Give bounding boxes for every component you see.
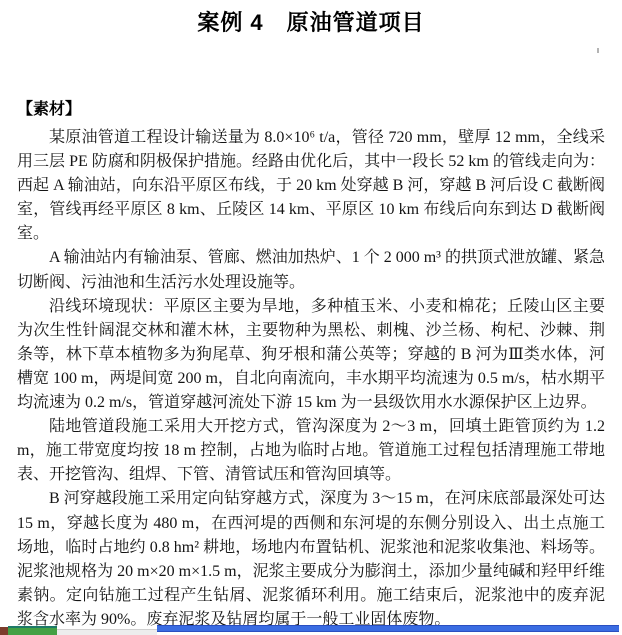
scan-artifact-mark	[597, 48, 599, 53]
document-body: 某原油管道工程设计输送量为 8.0×10⁶ t/a，管径 720 mm，壁厚 1…	[17, 126, 605, 632]
document-page: { "document": { "title": "案例 4 原油管道项目", …	[0, 0, 622, 635]
bottom-edge-green-segment	[8, 626, 57, 635]
bottom-edge-blue-bar	[157, 625, 619, 632]
paragraph-land-construction: 陆地管道段施工采用大开挖方式，管沟深度为 2～3 m，回填土距管顶约为 1.2 …	[17, 415, 605, 487]
window-bottom-edge	[0, 626, 622, 635]
paragraph-station-facilities: A 输油站内有输油泵、管廊、燃油加热炉、1 个 2 000 m³ 的拱顶式泄放罐…	[17, 246, 605, 294]
section-heading-material: 【素材】	[17, 96, 81, 119]
paragraph-environment-status: 沿线环境现状：平原区主要为旱地，多种植玉米、小麦和棉花；丘陵山区主要为次生性针阔…	[17, 295, 605, 415]
bottom-edge-gray-segment	[57, 629, 157, 635]
bottom-edge-maroon-segment	[0, 627, 8, 635]
paragraph-pipeline-overview: 某原油管道工程设计输送量为 8.0×10⁶ t/a，管径 720 mm，壁厚 1…	[17, 126, 605, 246]
document-title: 案例 4 原油管道项目	[0, 6, 622, 37]
paragraph-river-crossing: B 河穿越段施工采用定向钻穿越方式，深度为 3～15 m，在河床底部最深处可达 …	[17, 487, 605, 632]
